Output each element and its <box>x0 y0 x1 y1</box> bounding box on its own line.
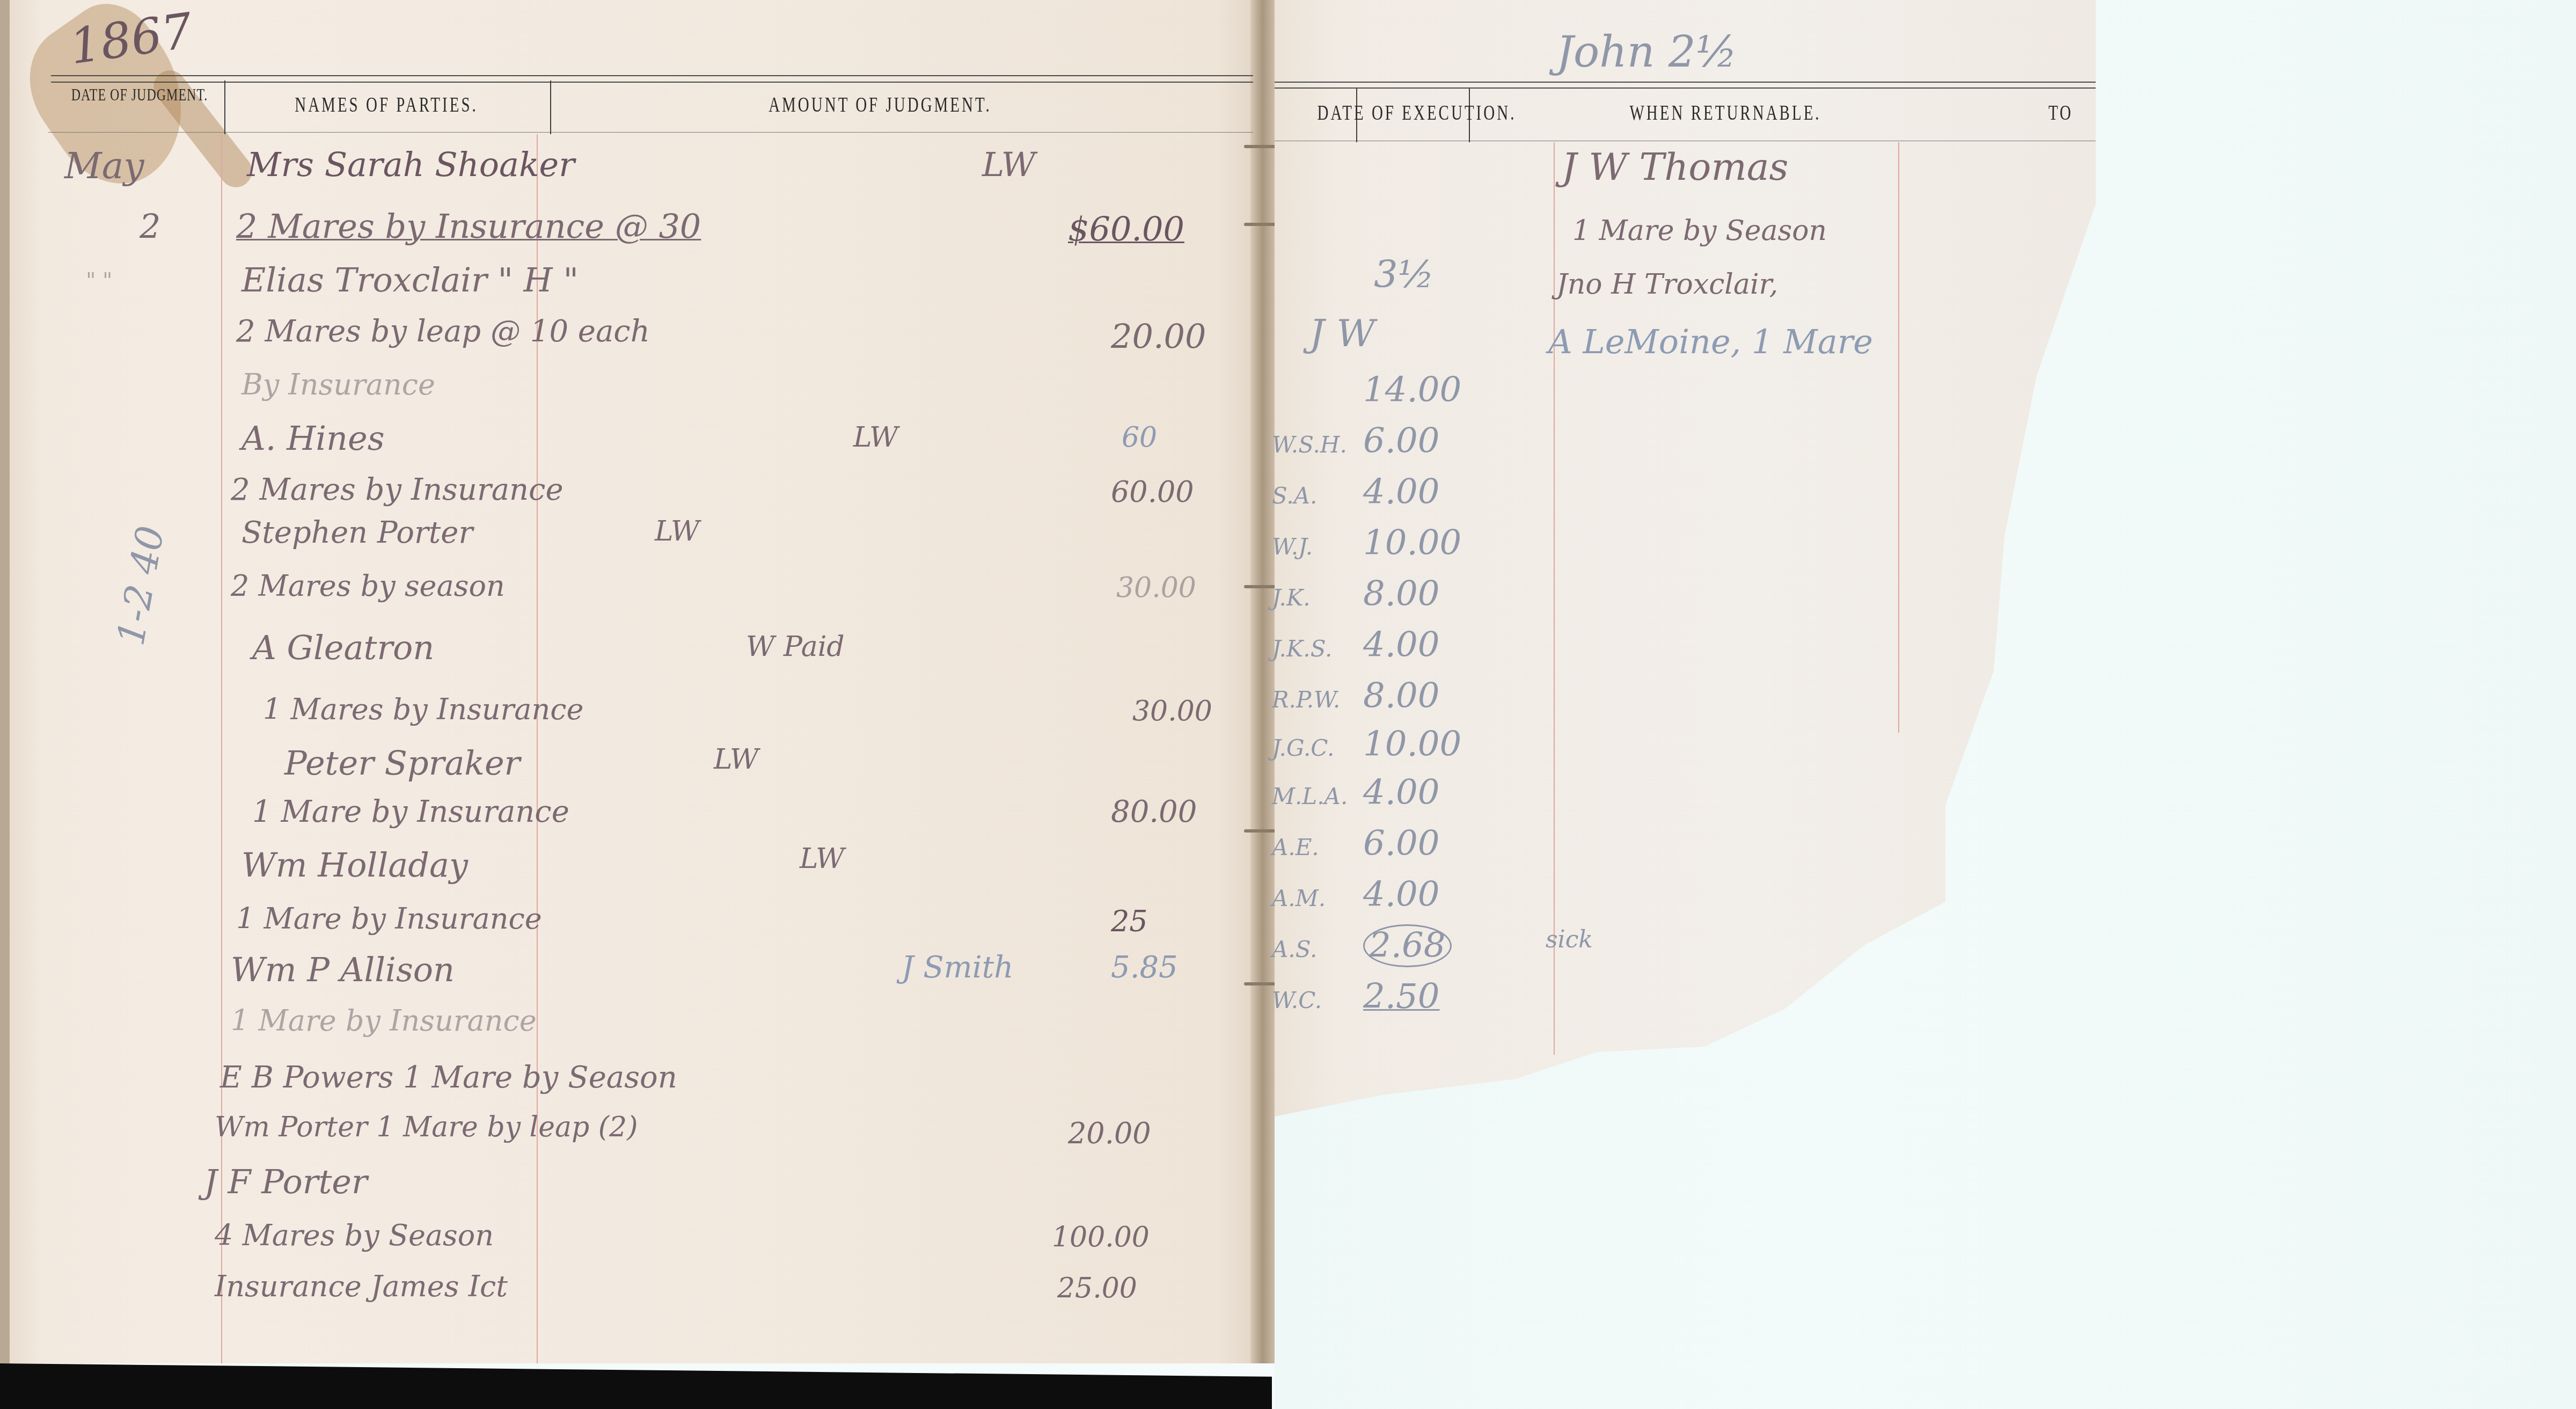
amount-cell: 60 <box>1122 421 1157 454</box>
execution-entry: 14.00 <box>1272 370 1551 421</box>
party-row: 2 Mares by Insurance <box>231 472 563 507</box>
column-rule-red <box>1554 142 1555 1055</box>
party-row-note: LW <box>800 843 844 875</box>
left-page <box>0 0 1272 1363</box>
execution-value: 4.00 <box>1363 625 1440 665</box>
party-row: Peter Spraker <box>284 743 520 783</box>
amount-cell: $60.00 <box>1068 209 1184 249</box>
header-top-rule <box>51 75 1253 76</box>
party-row-note: LW <box>982 145 1036 184</box>
returnable-entry: Jno H Troxclair, <box>1556 268 1778 301</box>
execution-list: 14.00 W.S.H.6.00 S.A.4.00 W.J.10.00 J.K.… <box>1272 370 1551 1028</box>
party-row: Stephen Porter <box>241 515 473 550</box>
amount-cell: 25.00 <box>1057 1272 1137 1304</box>
column-rule-red <box>1898 142 1899 733</box>
execution-value: 6.00 <box>1363 824 1440 864</box>
execution-value: 10.00 <box>1363 725 1461 764</box>
header-top-rule-right <box>1275 82 2096 83</box>
header-date-of-execution: DATE OF EXECUTION. <box>1277 101 1556 125</box>
amount-cell: 30.00 <box>1116 572 1196 604</box>
party-row: 2 Mares by leap @ 10 each <box>236 314 650 349</box>
execution-entry: S.A.4.00 <box>1272 472 1551 523</box>
execution-value: 4.00 <box>1363 875 1440 915</box>
execution-entry: A.S.2.68 sick <box>1272 926 1551 977</box>
header-top-rule-double <box>51 82 1253 83</box>
party-row: A. Hines <box>241 419 385 458</box>
binding-staple <box>1244 982 1276 985</box>
party-row: 1 Mare by Insurance <box>231 1004 537 1038</box>
party-row: Insurance James Ict <box>215 1269 508 1303</box>
execution-initials: W.S.H. <box>1272 432 1363 458</box>
amount-cell: 5.85 <box>1111 950 1178 985</box>
party-row: Mrs Sarah Shoaker <box>247 145 575 184</box>
execution-note-sick: sick <box>1546 926 1593 953</box>
amount-cell: 20.00 <box>1068 1116 1151 1150</box>
header-date-of-judgment: DATE OF JUDGMENT. <box>59 86 220 105</box>
execution-value-circled: 2.68 <box>1363 924 1452 967</box>
execution-entry: A.M.4.00 <box>1272 875 1551 926</box>
execution-initials: R.P.W. <box>1272 687 1363 713</box>
binding-staple <box>1244 829 1276 833</box>
amount-cell: 60.00 <box>1111 475 1194 509</box>
party-row: By Insurance <box>241 368 435 401</box>
execution-initials: A.M. <box>1272 885 1363 911</box>
amount-cell: 25 <box>1111 904 1148 938</box>
execution-value: 6.00 <box>1363 421 1440 461</box>
returnable-entry: A LeMoine, 1 Mare <box>1548 322 1873 361</box>
execution-value: 4.00 <box>1363 472 1440 512</box>
party-row: 1 Mares by Insurance <box>263 692 583 726</box>
execution-initials: W.C. <box>1272 987 1363 1013</box>
execution-entry: W.C.2.50 <box>1272 977 1551 1028</box>
party-row: Wm Porter 1 Mare by leap (2) <box>215 1111 638 1143</box>
judgment-month: May <box>64 145 144 187</box>
party-row: 4 Mares by Season <box>215 1218 494 1252</box>
execution-value: 4.00 <box>1363 773 1440 813</box>
execution-initials: J.K.S. <box>1272 636 1363 662</box>
execution-initials: W.J. <box>1272 534 1363 560</box>
amount-cell: 30.00 <box>1132 695 1212 727</box>
execution-entry: M.L.A.4.00 <box>1272 773 1551 824</box>
execution-entry: W.J.10.00 <box>1272 523 1551 574</box>
party-row-note: LW <box>714 743 758 776</box>
party-row: E B Powers 1 Mare by Season <box>220 1060 677 1095</box>
header-to: TO <box>2029 101 2093 125</box>
party-row: Wm Holladay <box>241 845 468 885</box>
execution-initials: J.K. <box>1272 585 1363 611</box>
returnable-entry: 1 Mare by Season <box>1572 215 1827 247</box>
party-row: Elias Troxclair " H " <box>241 260 579 300</box>
header-divider <box>550 81 551 134</box>
execution-initials: S.A. <box>1272 483 1363 509</box>
party-row: 1 Mare by Insurance <box>236 902 542 936</box>
pencil-annotation-top: John 2½ <box>1556 27 1737 77</box>
amount-cell: 100.00 <box>1052 1221 1150 1253</box>
header-bottom-rule <box>48 132 1253 133</box>
judgment-day: 2 <box>140 207 160 246</box>
execution-value: 8.00 <box>1363 676 1440 716</box>
party-row: A Gleatron <box>252 628 434 667</box>
execution-value: 10.00 <box>1363 523 1461 563</box>
execution-entry: J.G.C.10.00 <box>1272 725 1551 773</box>
execution-initials: M.L.A. <box>1272 783 1363 809</box>
amount-cell: 80.00 <box>1111 794 1197 829</box>
execution-entry: J.K.S.4.00 <box>1272 625 1551 676</box>
header-divider <box>224 81 225 134</box>
ditto-marks: " " <box>86 268 113 293</box>
party-row: Wm P Allison <box>231 950 455 989</box>
book-spine <box>1250 0 1275 1363</box>
execution-value-total: 2.50 <box>1363 977 1440 1017</box>
party-row-note: W Paid <box>746 631 845 663</box>
party-row-note: J Smith <box>902 950 1013 985</box>
execution-note: 3½ <box>1374 252 1434 296</box>
party-row-note: LW <box>655 515 699 547</box>
execution-entry: R.P.W.8.00 <box>1272 676 1551 725</box>
binding-staple <box>1244 585 1276 588</box>
execution-entry: J.K.8.00 <box>1272 574 1551 625</box>
execution-note: J W <box>1309 311 1375 355</box>
party-row: 1 Mare by Insurance <box>252 794 569 829</box>
execution-initials: A.E. <box>1272 834 1363 860</box>
execution-initials: J.G.C. <box>1272 735 1363 761</box>
binding-staple <box>1244 145 1276 148</box>
execution-value: 8.00 <box>1363 574 1440 614</box>
header-amount-of-judgment: AMOUNT OF JUDGMENT. <box>553 93 1207 116</box>
party-row: 2 Mares by season <box>231 569 505 603</box>
execution-initials: A.S. <box>1272 936 1363 962</box>
party-row-note: LW <box>853 421 898 454</box>
header-bottom-rule-right <box>1275 141 2096 141</box>
returnable-entry: J W Thomas <box>1562 145 1788 189</box>
header-names-of-parties: NAMES OF PARTIES. <box>236 93 537 116</box>
header-top-rule-right-double <box>1275 87 2096 89</box>
party-row: 2 Mares by Insurance @ 30 <box>236 207 701 246</box>
amount-cell: 20.00 <box>1111 317 1206 356</box>
header-when-returnable: WHEN RETURNABLE. <box>1556 101 1894 125</box>
binding-staple <box>1244 223 1276 226</box>
execution-entry: W.S.H.6.00 <box>1272 421 1551 472</box>
party-row: J F Porter <box>204 1162 368 1201</box>
execution-value: 14.00 <box>1363 370 1461 410</box>
execution-entry: A.E.6.00 <box>1272 824 1551 875</box>
